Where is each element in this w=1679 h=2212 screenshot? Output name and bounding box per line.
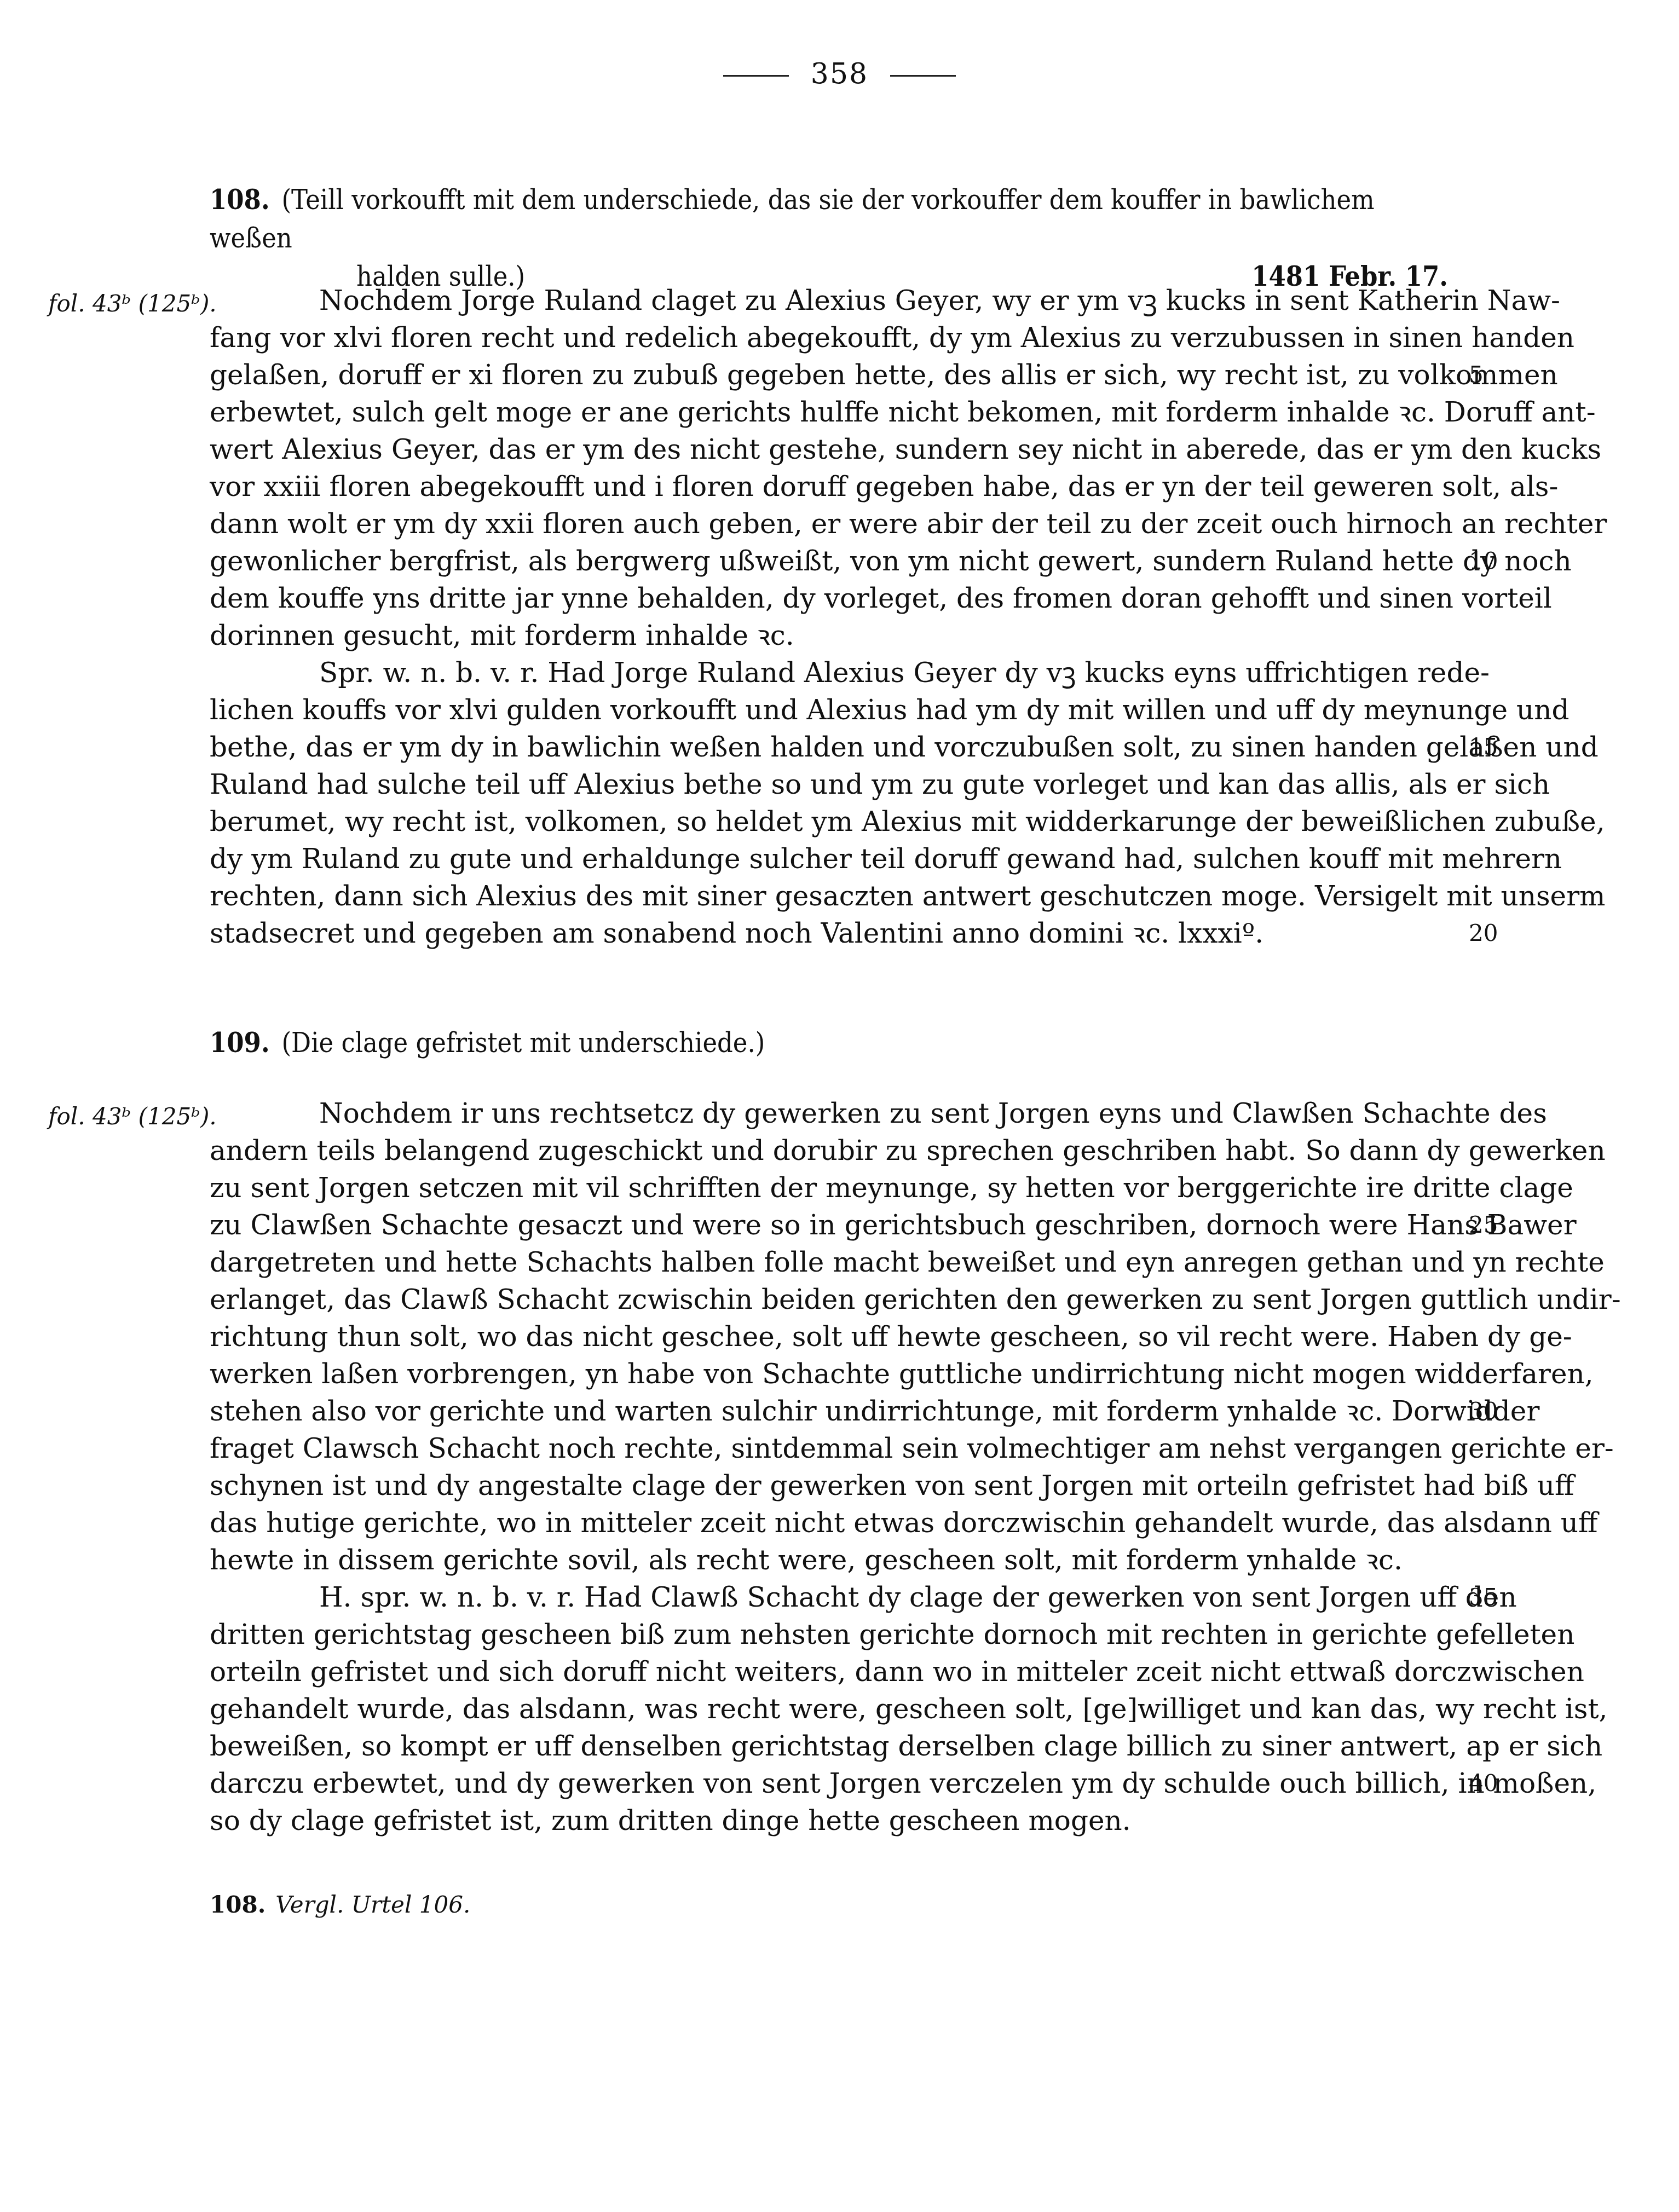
text-line: stehen also vor gerichte und warten sulc… (210, 1393, 1448, 1430)
entry-109-body: Nochdem ir uns rechtsetcz dy gewerken zu… (210, 1095, 1448, 1839)
text-line: dargetreten und hette Schachts halben fo… (210, 1244, 1448, 1281)
line-text: dargetreten und hette Schachts halben fo… (210, 1246, 1605, 1278)
text-line: lichen kouffs vor xlvi gulden vorkoufft … (210, 691, 1448, 729)
text-line: dy ym Ruland zu gute und erhaldunge sulc… (210, 840, 1448, 877)
line-text: gewonlicher bergfrist, als bergwerg ußwe… (210, 545, 1572, 577)
folio-margin-note: fol. 43ᵇ (125ᵇ). (48, 1103, 217, 1130)
line-text: gehandelt wurde, das alsdann, was recht … (210, 1693, 1607, 1725)
text-line: so dy clage gefristet ist, zum dritten d… (210, 1802, 1448, 1839)
text-line: stadsecret und gegeben am sonabend noch … (210, 915, 1448, 952)
line-text: dritten gerichtstag gescheen biß zum neh… (210, 1619, 1574, 1650)
text-line: hewte in dissem gerichte sovil, als rech… (210, 1541, 1448, 1579)
text-line: darczu erbewtet, und dy gewerken von sen… (210, 1765, 1448, 1802)
line-text: zu Clawßen Schachte gesaczt und were so … (210, 1209, 1577, 1241)
folio-margin-note: fol. 43ᵇ (125ᵇ). (48, 290, 217, 317)
text-line: zu Clawßen Schachte gesaczt und were so … (210, 1206, 1448, 1244)
entry-title: (Die clage gefristet mit underschiede.) (282, 1027, 765, 1059)
text-line: H. spr. w. n. b. v. r. Had Clawß Schacht… (210, 1579, 1448, 1616)
line-number: 10 (1469, 542, 1498, 580)
text-line: wert Alexius Geyer, das er ym des nicht … (210, 431, 1448, 468)
text-line: Spr. w. n. b. v. r. Had Jorge Ruland Ale… (210, 654, 1448, 691)
text-line: orteiln gefristet und sich doruff nicht … (210, 1653, 1448, 1690)
footnote-text: Vergl. Urtel 106. (275, 1891, 470, 1918)
line-text: erbewtet, sulch gelt moge er ane gericht… (210, 396, 1596, 428)
header-rule-right (890, 75, 956, 77)
line-text: Spr. w. n. b. v. r. Had Jorge Ruland Ale… (319, 657, 1490, 689)
text-line: das hutige gerichte, wo in mitteler zcei… (210, 1504, 1448, 1541)
text-line: gehandelt wurde, das alsdann, was recht … (210, 1690, 1448, 1728)
line-number: 20 (1469, 915, 1498, 952)
line-text: wert Alexius Geyer, das er ym des nicht … (210, 434, 1601, 465)
text-line: Nochdem ir uns rechtsetcz dy gewerken zu… (210, 1095, 1448, 1132)
line-text: orteiln gefristet und sich doruff nicht … (210, 1656, 1584, 1688)
text-line: rechten, dann sich Alexius des mit siner… (210, 877, 1448, 915)
text-line: Nochdem Jorge Ruland claget zu Alexius G… (210, 282, 1448, 319)
line-text: andern teils belangend zugeschickt und d… (210, 1135, 1606, 1166)
entry-title: (Teill vorkoufft mit dem underschiede, d… (210, 184, 1375, 254)
text-line: vor xxiii floren abegekoufft und i flore… (210, 468, 1448, 505)
line-text: Nochdem Jorge Ruland claget zu Alexius G… (319, 285, 1560, 316)
header-rule-left (723, 75, 789, 77)
line-text: lichen kouffs vor xlvi gulden vorkoufft … (210, 694, 1570, 726)
line-text: darczu erbewtet, und dy gewerken von sen… (210, 1768, 1596, 1799)
text-line: gewonlicher bergfrist, als bergwerg ußwe… (210, 542, 1448, 580)
line-number: 35 (1469, 1579, 1498, 1616)
line-text: hewte in dissem gerichte sovil, als rech… (210, 1544, 1403, 1576)
entry-108-body: Nochdem Jorge Ruland claget zu Alexius G… (210, 282, 1448, 952)
line-text: fang vor xlvi floren recht und redelich … (210, 322, 1574, 354)
line-text: rechten, dann sich Alexius des mit siner… (210, 880, 1606, 912)
text-line: andern teils belangend zugeschickt und d… (210, 1132, 1448, 1169)
footnote-number: 108. (210, 1891, 266, 1918)
line-text: zu sent Jorgen setczen mit vil schriffte… (210, 1172, 1573, 1204)
line-text: gelaßen, doruff er xi floren zu zubuß ge… (210, 359, 1558, 391)
text-line: zu sent Jorgen setczen mit vil schriffte… (210, 1169, 1448, 1206)
line-text: bethe, das er ym dy in bawlichin weßen h… (210, 731, 1599, 763)
line-text: werken laßen vorbrengen, yn habe von Sch… (210, 1358, 1594, 1390)
line-text: Ruland had sulche teil uff Alexius bethe… (210, 769, 1550, 800)
text-line: richtung thun solt, wo das nicht geschee… (210, 1318, 1448, 1355)
document-page: 358 108.(Teill vorkoufft mit dem undersc… (0, 0, 1679, 2212)
page-number-header: 358 (0, 57, 1679, 90)
line-text: dem kouffe yns dritte jar ynne behalden,… (210, 582, 1552, 614)
text-line: beweißen, so kompt er uff denselben geri… (210, 1728, 1448, 1765)
line-text: so dy clage gefristet ist, zum dritten d… (210, 1805, 1131, 1836)
line-text: H. spr. w. n. b. v. r. Had Clawß Schacht… (319, 1581, 1517, 1613)
line-text: schynen ist und dy angestalte clage der … (210, 1470, 1574, 1501)
line-number: 25 (1469, 1206, 1498, 1244)
line-number: 15 (1469, 729, 1498, 766)
line-text: stadsecret und gegeben am sonabend noch … (210, 917, 1263, 949)
line-text: Nochdem ir uns rechtsetcz dy gewerken zu… (319, 1098, 1547, 1129)
text-line: berumet, wy recht ist, volkomen, so held… (210, 803, 1448, 840)
line-number: 5 (1469, 356, 1484, 394)
line-text: dorinnen gesucht, mit forderm inhalde ꝛc… (210, 620, 794, 651)
text-line: dem kouffe yns dritte jar ynne behalden,… (210, 580, 1448, 617)
line-text: stehen also vor gerichte und warten sulc… (210, 1395, 1539, 1427)
text-line: erbewtet, sulch gelt moge er ane gericht… (210, 394, 1448, 431)
text-line: dritten gerichtstag gescheen biß zum neh… (210, 1616, 1448, 1653)
text-line: erlanget, das Clawß Schacht zcwischin be… (210, 1281, 1448, 1318)
entry-108-heading: 108.(Teill vorkoufft mit dem underschied… (210, 181, 1448, 296)
line-text: dy ym Ruland zu gute und erhaldunge sulc… (210, 843, 1562, 875)
footnote: 108.Vergl. Urtel 106. (210, 1891, 470, 1918)
line-text: vor xxiii floren abegekoufft und i flore… (210, 471, 1558, 503)
text-line: Ruland had sulche teil uff Alexius bethe… (210, 766, 1448, 803)
text-line: fang vor xlvi floren recht und redelich … (210, 319, 1448, 356)
entry-109-heading: 109.(Die clage gefristet mit underschied… (210, 1024, 1448, 1062)
text-line: dorinnen gesucht, mit forderm inhalde ꝛc… (210, 617, 1448, 654)
line-text: erlanget, das Clawß Schacht zcwischin be… (210, 1284, 1621, 1315)
text-line: gelaßen, doruff er xi floren zu zubuß ge… (210, 356, 1448, 394)
text-line: werken laßen vorbrengen, yn habe von Sch… (210, 1355, 1448, 1393)
text-line: bethe, das er ym dy in bawlichin weßen h… (210, 729, 1448, 766)
line-number: 40 (1469, 1765, 1498, 1802)
line-text: das hutige gerichte, wo in mitteler zcei… (210, 1507, 1598, 1539)
page-number: 358 (811, 57, 868, 90)
line-text: berumet, wy recht ist, volkomen, so held… (210, 806, 1605, 838)
text-line: schynen ist und dy angestalte clage der … (210, 1467, 1448, 1504)
text-line: fraget Clawsch Schacht noch rechte, sint… (210, 1430, 1448, 1467)
line-text: fraget Clawsch Schacht noch rechte, sint… (210, 1433, 1614, 1464)
entry-number: 109. (210, 1026, 270, 1059)
line-number: 30 (1469, 1393, 1498, 1430)
text-line: dann wolt er ym dy xxii floren auch gebe… (210, 505, 1448, 542)
line-text: richtung thun solt, wo das nicht geschee… (210, 1321, 1572, 1353)
entry-number: 108. (210, 183, 270, 216)
line-text: dann wolt er ym dy xxii floren auch gebe… (210, 508, 1607, 540)
line-text: beweißen, so kompt er uff denselben geri… (210, 1730, 1602, 1762)
